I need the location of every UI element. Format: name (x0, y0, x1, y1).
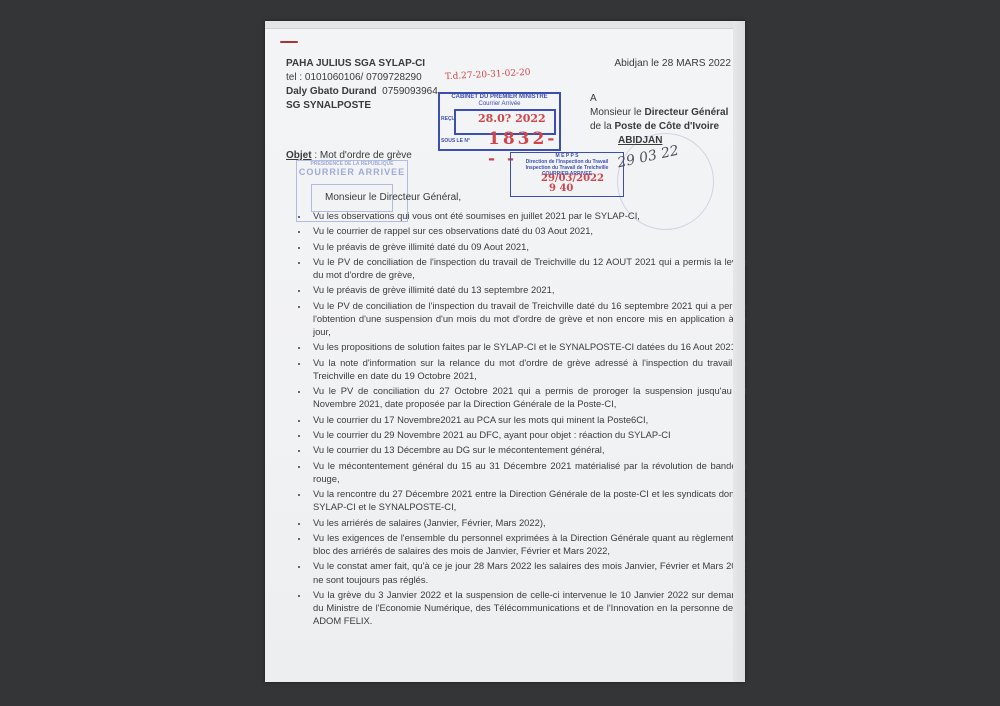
primature-stamp: CABINET DU PREMIER MINISTRE Courrier Arr… (438, 92, 561, 151)
list-item: Vu le courrier du 29 Novembre 2021 au DF… (309, 428, 747, 441)
document-page: PAHA JULIUS SGA SYLAP-CI tel : 010106010… (265, 21, 745, 682)
recipient-line-1: Monsieur le Directeur Général (590, 106, 728, 120)
list-item: Vu le PV de conciliation de l'inspection… (309, 299, 747, 339)
recipient-org: Poste de Côte d'Ivoire (614, 121, 719, 132)
sender-phone-2: 0759093964 (382, 86, 438, 97)
recipient-line-2: de la Poste de Côte d'Ivoire (590, 120, 728, 134)
salutation: Monsieur le Directeur Général, (325, 192, 461, 203)
page-top-edge (265, 21, 745, 29)
mepps-number: 9 40 (549, 183, 573, 194)
list-item: Vu le mécontentement général du 15 au 31… (309, 459, 747, 485)
list-item: Vu les arriérés de salaires (Janvier, Fé… (309, 516, 747, 529)
handwritten-ref: T.d.27-20-31-02-20 (445, 68, 531, 82)
list-item: Vu les propositions de solution faites p… (309, 340, 747, 353)
list-item: Vu le courrier du 13 Décembre au DG sur … (309, 443, 747, 456)
letter-date: Abidjan le 28 MARS 2022 (614, 57, 731, 71)
mepps-stamp: M E P P S Direction de l'Inspection du T… (510, 152, 624, 197)
primature-sous-label: SOUS LE N° (441, 138, 470, 144)
list-item: Vu le préavis de grève illimité daté du … (309, 240, 747, 253)
primature-stamp-subtitle: Courrier Arrivée (440, 101, 559, 108)
sender-name-2: Daly Gbato Durand (286, 86, 377, 97)
recipient-prefix-2: de la (590, 121, 614, 132)
list-item: Vu le préavis de grève illimité daté du … (309, 283, 747, 296)
list-item: Vu le courrier du 17 Novembre2021 au PCA… (309, 413, 747, 426)
recipient-prefix-1: Monsieur le (590, 107, 644, 118)
sender-line-2: tel : 0101060106/ 0709728290 (286, 71, 438, 85)
considerations-list: Vu les observations qui vous ont été sou… (287, 209, 747, 630)
sender-line-1: PAHA JULIUS SGA SYLAP-CI (286, 57, 438, 71)
recipient-title: Directeur Général (644, 107, 728, 118)
list-item: Vu le PV de conciliation du 27 Octobre 2… (309, 384, 747, 410)
sender-line-4: SG SYNALPOSTE (286, 99, 438, 113)
red-mark (280, 41, 298, 43)
recipient-a: A (590, 92, 728, 106)
list-item: Vu la note d'information sur la relance … (309, 356, 747, 382)
list-item: Vu le constat amer fait, qu'à ce je jour… (309, 559, 747, 585)
stamp-ca-line-2: COURRIER ARRIVEE (297, 167, 407, 177)
list-item: Vu le PV de conciliation de l'inspection… (309, 255, 747, 281)
list-item: Vu la grève du 3 Janvier 2022 et la susp… (309, 588, 747, 628)
sender-block: PAHA JULIUS SGA SYLAP-CI tel : 010106010… (286, 57, 438, 113)
list-item: Vu les observations qui vous ont été sou… (309, 209, 747, 222)
primature-stamp-title: CABINET DU PREMIER MINISTRE (440, 94, 559, 101)
list-item: Vu la rencontre du 27 Décembre 2021 entr… (309, 487, 747, 513)
primature-recu-date: 28.0? 2022 (478, 112, 546, 125)
list-item: Vu les exigences de l'ensemble du person… (309, 531, 747, 557)
sender-line-3: Daly Gbato Durand 0759093964 (286, 85, 438, 99)
list-item: Vu le courrier de rappel sur ces observa… (309, 224, 747, 237)
